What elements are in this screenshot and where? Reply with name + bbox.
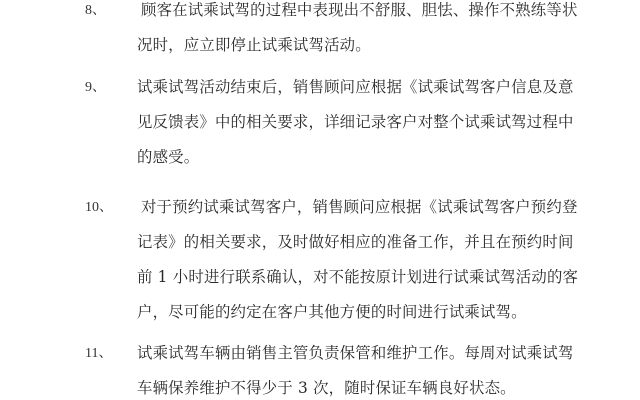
item-text: 试乘试驾活动结束后，销售顾问应根据《试乘试驾客户信息及意 见反馈表》中的相关要求… [137, 70, 567, 175]
document-page: 8、 顾客在试乘试驾的过程中表现出不舒服、胆怯、操作不熟练等状 况时，应立即停止… [0, 0, 640, 400]
text-line: 对于预约试乘试驾客户，销售顾问应根据《试乘试驾客户预约登 [137, 190, 567, 225]
text-line: 记表》的相关要求，及时做好相应的准备工作，并且在预约时间 [137, 225, 567, 260]
text-line: 况时，应立即停止试乘试驾活动。 [137, 28, 567, 63]
text-line: 试乘试驾车辆由销售主管负责保管和维护工作。每周对试乘试驾 [137, 336, 567, 371]
item-text: 对于预约试乘试驾客户，销售顾问应根据《试乘试驾客户预约登 记表》的相关要求，及时… [137, 190, 567, 330]
item-number: 10、 [85, 190, 113, 225]
text-line: 的感受。 [137, 140, 567, 175]
item-text: 试乘试驾车辆由销售主管负责保管和维护工作。每周对试乘试驾 车辆保养维护不得少于 … [137, 336, 567, 400]
text-line: 试乘试驾活动结束后，销售顾问应根据《试乘试驾客户信息及意 [137, 70, 567, 105]
text-line: 户，尽可能的约定在客户其他方便的时间进行试乘试驾。 [137, 295, 567, 330]
text-line: 顾客在试乘试驾的过程中表现出不舒服、胆怯、操作不熟练等状 [137, 0, 567, 28]
item-number: 8、 [85, 0, 106, 28]
item-number: 11、 [85, 336, 112, 371]
text-line: 车辆保养维护不得少于 3 次，随时保证车辆良好状态。 [137, 371, 567, 400]
text-line: 见反馈表》中的相关要求，详细记录客户对整个试乘试驾过程中 [137, 105, 567, 140]
item-text: 顾客在试乘试驾的过程中表现出不舒服、胆怯、操作不熟练等状 况时，应立即停止试乘试… [137, 0, 567, 63]
text-line: 前 1 小时进行联系确认，对不能按原计划进行试乘试驾活动的客 [137, 260, 567, 295]
item-number: 9、 [85, 70, 106, 105]
